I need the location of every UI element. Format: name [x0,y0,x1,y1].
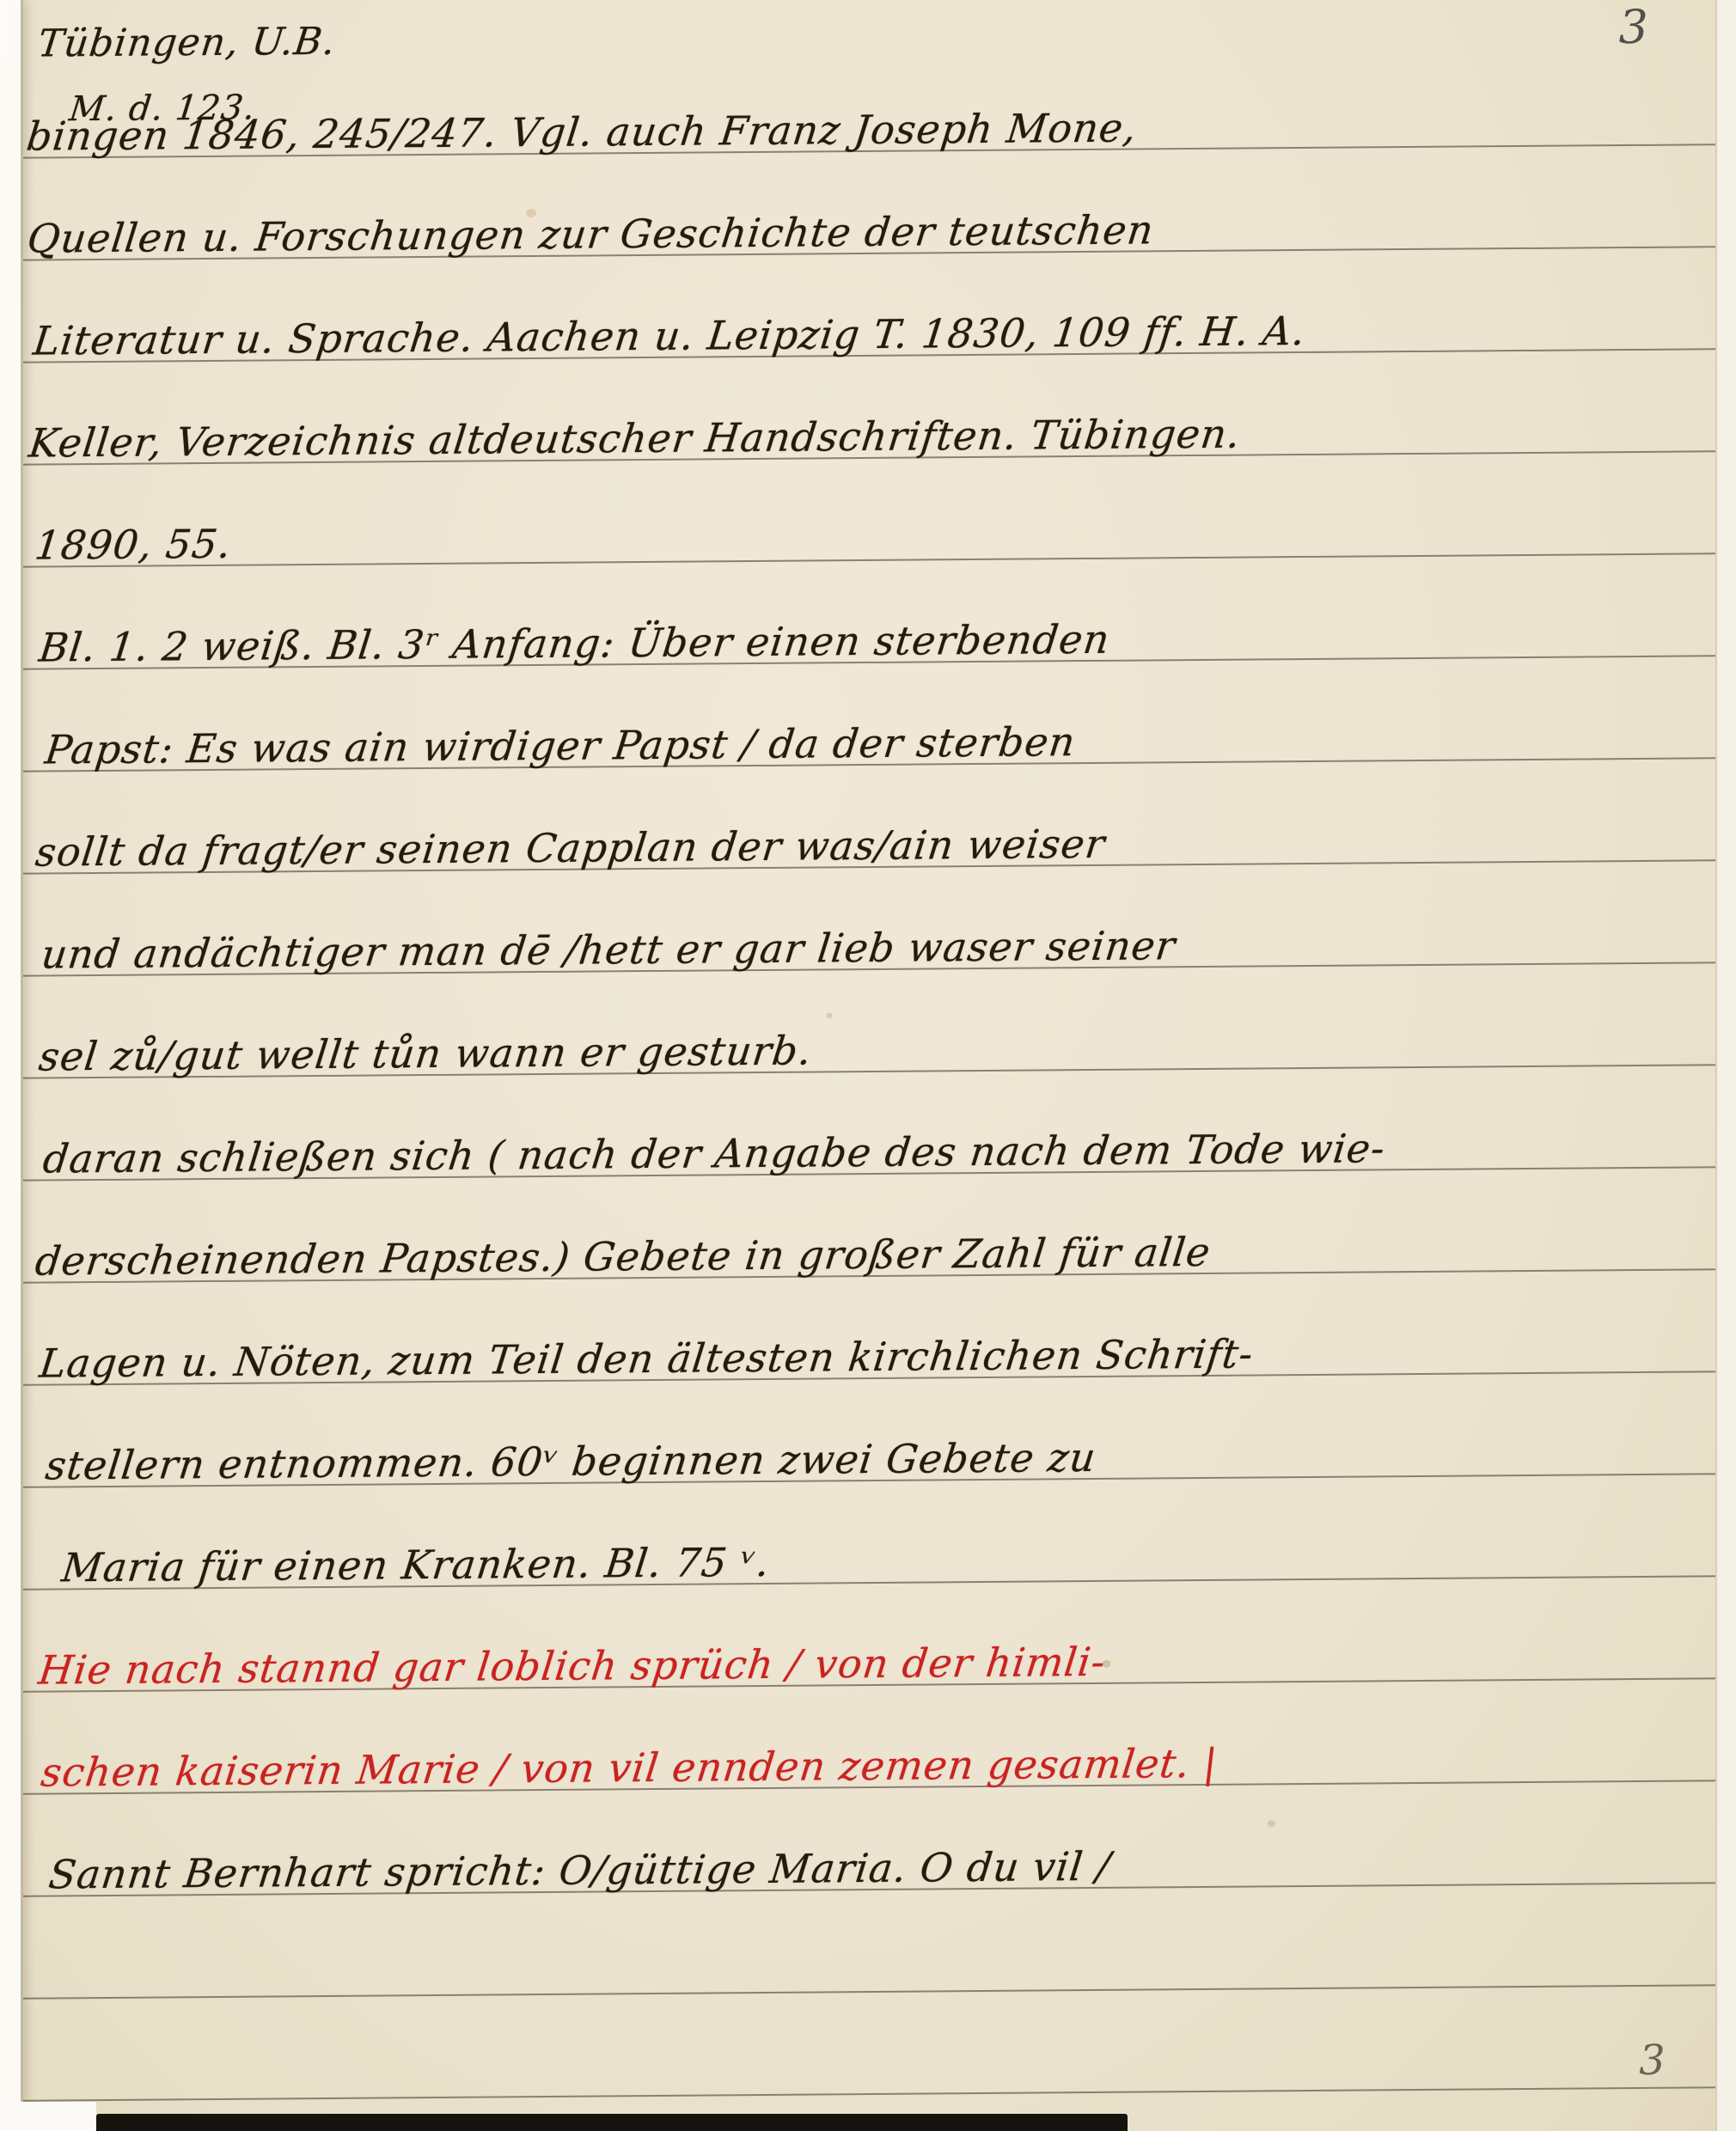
handwritten-line: 1890, 55. [32,518,234,571]
handwritten-line-red: schen kaiserin Marie / von vil ennden ze… [39,1737,1221,1798]
scan-corner-top-left [0,0,14,55]
handwritten-line: daran schließen sich ( nach der Angabe d… [40,1122,1388,1184]
scan-edge-bottom [96,2114,1128,2131]
scan-edge-left [0,0,23,2131]
handwritten-line: Literatur u. Sprache. Aachen u. Leipzig … [31,305,1309,367]
page-number-bottom: 3 [1639,2037,1666,2084]
handwritten-line: stellern entnommen. 60ᵛ beginnen zwei Ge… [43,1432,1099,1492]
scan-corner-bottom-left [0,2102,96,2131]
handwritten-line: Keller, Verzeichnis altdeutscher Handsch… [27,408,1244,469]
handwritten-line: Maria für einen Kranken. Bl. 75 ᵛ. [59,1536,773,1594]
paper-stain [827,1012,833,1018]
handwritten-line: Sannt Bernhart spricht: O/güttige Maria.… [46,1841,1114,1901]
paper-sheet: Tübingen, U.B. M. d. 123. bingen 1846, 2… [0,0,1736,2131]
manuscript-page: Tübingen, U.B. M. d. 123. bingen 1846, 2… [0,0,1736,2131]
handwritten-line: sollt da fragt/er seinen Capplan der was… [33,818,1108,878]
ruled-line [0,1984,1736,2000]
ruled-line [0,553,1736,568]
header-location: Tübingen, U.B. [35,16,339,70]
handwritten-line: Papst: Es was ain wirdiger Papst / da de… [42,716,1079,775]
handwritten-line: Lagen u. Nöten, zum Teil den ältesten ki… [37,1328,1256,1389]
handwritten-line: Quellen u. Forschungen zur Geschichte de… [25,204,1157,264]
handwritten-line: und andächtiger man dē /hett er gar lieb… [39,919,1178,980]
ruled-line [0,2086,1736,2102]
paper-stain [1268,1820,1275,1827]
handwritten-line: derscheinenden Papstes.) Gebete in große… [33,1226,1213,1287]
handwritten-line-red: Hie nach stannd gar loblich sprüch / von… [36,1636,1109,1696]
scan-edge-right [1715,0,1736,2131]
handwritten-line: bingen 1846, 245/247. Vgl. auch Franz Jo… [24,101,1140,162]
handwritten-line: sel zů/gut wellt tůn wann er gesturb. [36,1024,815,1082]
page-number-top: 3 [1618,4,1648,51]
handwritten-line: Bl. 1. 2 weiß. Bl. 3ʳ Anfang: Über einen… [36,614,1112,674]
